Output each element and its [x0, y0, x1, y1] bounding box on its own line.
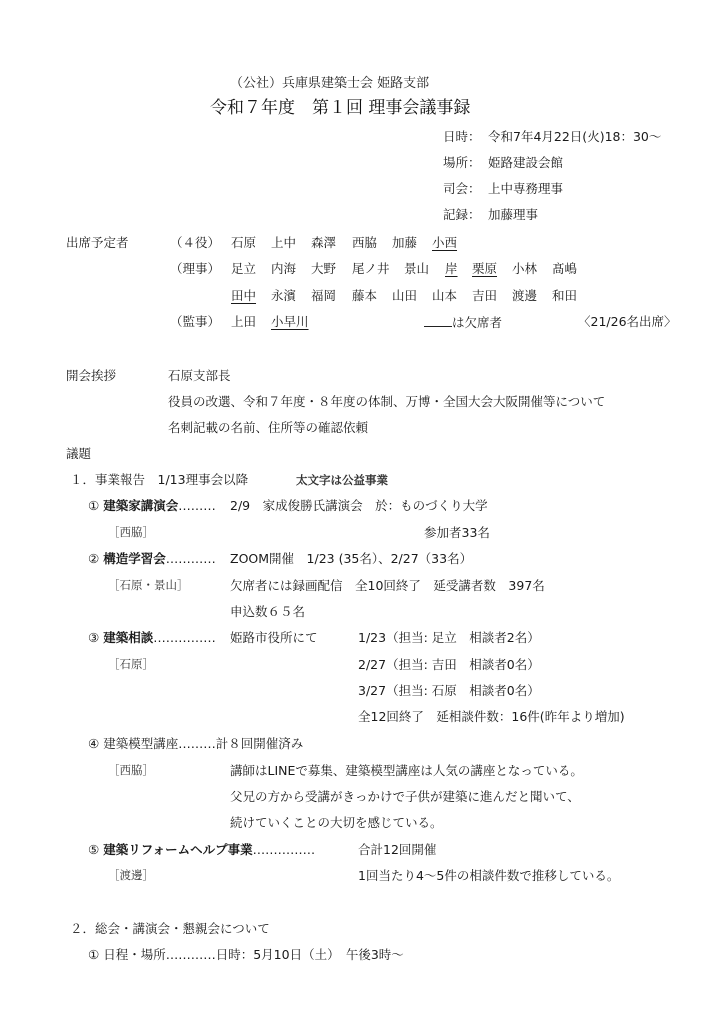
- opening-speaker: 石原支部長: [168, 370, 231, 383]
- organization-name: （公社）兵庫県建築士会 姫路支部: [230, 77, 429, 90]
- item-leader: ……………: [253, 842, 316, 857]
- item-title: 建築相談: [103, 630, 153, 645]
- absent-legend: は欠席者: [424, 316, 502, 330]
- item-detail: ZOOM開催 1/23 (35名）、2/27（33名）: [230, 553, 472, 566]
- item-leader: ………: [178, 736, 216, 751]
- item-detail: 1/23（担当: 足立 相談者2名）: [358, 632, 540, 645]
- attendee-name: 和田: [552, 290, 577, 303]
- section-heading: １．事業報告 1/13理事会以降: [70, 474, 248, 487]
- attendee-name-absent: 小西: [432, 237, 457, 250]
- meta-label-recorder: 記録：: [443, 209, 481, 222]
- attendee-name-absent: 岸: [445, 263, 458, 276]
- agenda-item: ① 日程・場所…………日時：5月10日（土） 午後3時〜: [88, 949, 404, 962]
- item-detail: 2/27（担当: 吉田 相談者0名）: [358, 659, 540, 672]
- agenda-label: 議題: [66, 448, 91, 461]
- item-title: 構造学習会: [103, 551, 166, 566]
- item-marker: ④: [88, 736, 99, 751]
- item-detail: 全12回終了 延相談件数：16件(昨年より増加): [358, 711, 625, 724]
- item-person: ［渡邊］: [108, 870, 154, 882]
- page-title: 令和７年度 第１回 理事会議事録: [210, 100, 470, 117]
- directors-role: （理事）: [170, 263, 220, 276]
- meta-value-datetime: 令和7年4月22日(火)18：30〜: [488, 131, 661, 144]
- item-marker: ②: [88, 551, 99, 566]
- item-value: 日時：5月10日（土） 午後3時〜: [216, 947, 404, 962]
- item-leader: …………: [166, 947, 216, 962]
- attendee-name: 石原: [231, 237, 256, 250]
- attendee-name: 上田: [231, 316, 256, 329]
- attendee-name-absent: 栗原: [472, 263, 497, 276]
- opening-line: 名刺記載の名前、住所等の確認依頼: [168, 422, 368, 435]
- attendee-name: 足立: [231, 263, 256, 276]
- agenda-item-5: ⑤ 建築リフォームヘルプ事業……………: [88, 844, 315, 857]
- item-person: ［西脇］: [108, 765, 154, 777]
- opening-label: 開会挨拶: [66, 370, 116, 383]
- item-detail: 父兄の方から受講がきっかけで子供が建築に進んだと聞いて、: [230, 791, 580, 804]
- attendee-name: 内海: [271, 263, 296, 276]
- opening-line: 役員の改選、令和７年度・８年度の体制、万博・全国大会大阪開催等について: [168, 396, 605, 409]
- absent-underline-sample: [424, 316, 452, 327]
- attendee-name: 加藤: [392, 237, 417, 250]
- item-title: 建築模型講座: [103, 736, 178, 751]
- attendee-name: 上中: [271, 237, 296, 250]
- attendee-name: 藤本: [352, 290, 377, 303]
- officers-role: （４役）: [170, 237, 220, 250]
- item-leader: ……………: [153, 630, 216, 645]
- meta-label-place: 場所：: [443, 157, 481, 170]
- item-leader: ………: [178, 498, 216, 513]
- item-marker: ①: [88, 947, 99, 962]
- attendee-name: 永濱: [271, 290, 296, 303]
- meta-label-chair: 司会：: [443, 183, 481, 196]
- meta-value-place: 姫路建設会館: [488, 157, 563, 170]
- agenda-item-3: ③ 建築相談……………: [88, 632, 216, 645]
- item-detail: 申込数６５名: [230, 606, 305, 619]
- attendee-name: 小林: [512, 263, 537, 276]
- attendee-name: 大野: [311, 263, 336, 276]
- item-detail: 参加者33名: [424, 527, 490, 540]
- item-detail: 合計12回開催: [358, 844, 436, 857]
- agenda-item-4: ④ 建築模型講座………計８回開催済み: [88, 738, 303, 751]
- attendee-name: 福岡: [311, 290, 336, 303]
- item-marker: ③: [88, 630, 99, 645]
- meta-value-chair: 上中専務理事: [488, 183, 563, 196]
- item-summary: 計８回開催済み: [216, 736, 304, 751]
- item-title: 日程・場所: [103, 947, 166, 962]
- bold-note: 太文字は公益事業: [296, 475, 388, 487]
- attendee-name: 森澤: [311, 237, 336, 250]
- item-detail: 続けていくことの大切を感じている。: [230, 817, 443, 830]
- section-heading: ２．総会・講演会・懇親会について: [70, 923, 270, 936]
- attendee-name: 髙嶋: [552, 263, 577, 276]
- attendee-name: 山田: [392, 290, 417, 303]
- attendee-name-absent: 小早川: [271, 316, 309, 329]
- item-person: ［石原・景山］: [108, 580, 189, 592]
- agenda-item-1: ① 建築家講演会………: [88, 500, 216, 513]
- attendee-name: 西脇: [352, 237, 377, 250]
- attendee-name: 山本: [432, 290, 457, 303]
- item-location: 姫路市役所にて: [230, 632, 318, 645]
- attendees-label: 出席予定者: [66, 237, 129, 250]
- item-person: ［西脇］: [108, 527, 154, 539]
- item-marker: ⑤: [88, 842, 99, 857]
- auditors-role: （監事）: [170, 316, 220, 329]
- attendee-name: 景山: [404, 263, 429, 276]
- attendee-name: 吉田: [472, 290, 497, 303]
- item-title: 建築家講演会: [103, 498, 178, 513]
- item-detail: 講師はLINEで募集、建築模型講座は人気の講座となっている。: [230, 765, 583, 778]
- item-leader: …………: [166, 551, 216, 566]
- absent-legend-text: は欠席者: [452, 315, 502, 330]
- item-detail: 欠席者には録画配信 全10回終了 延受講者数 397名: [230, 580, 545, 593]
- item-detail: 1回当たり4〜5件の相談件数で推移している。: [358, 870, 619, 883]
- item-detail: 2/9 家成俊勝氏講演会 於：ものづくり大学: [230, 500, 488, 513]
- meta-value-recorder: 加藤理事: [488, 209, 538, 222]
- meta-label-datetime: 日時：: [443, 131, 481, 144]
- item-detail: 3/27（担当: 石原 相談者0名）: [358, 685, 540, 698]
- attendee-name: 尾ノ井: [352, 263, 390, 276]
- attendee-name: 渡邊: [512, 290, 537, 303]
- item-marker: ①: [88, 498, 99, 513]
- attendance-count: 〈21/26名出席〉: [578, 316, 677, 329]
- item-title: 建築リフォームヘルプ事業: [103, 842, 252, 857]
- attendee-name-absent: 田中: [231, 290, 256, 303]
- agenda-item-2: ② 構造学習会…………: [88, 553, 216, 566]
- item-person: ［石原］: [108, 659, 154, 671]
